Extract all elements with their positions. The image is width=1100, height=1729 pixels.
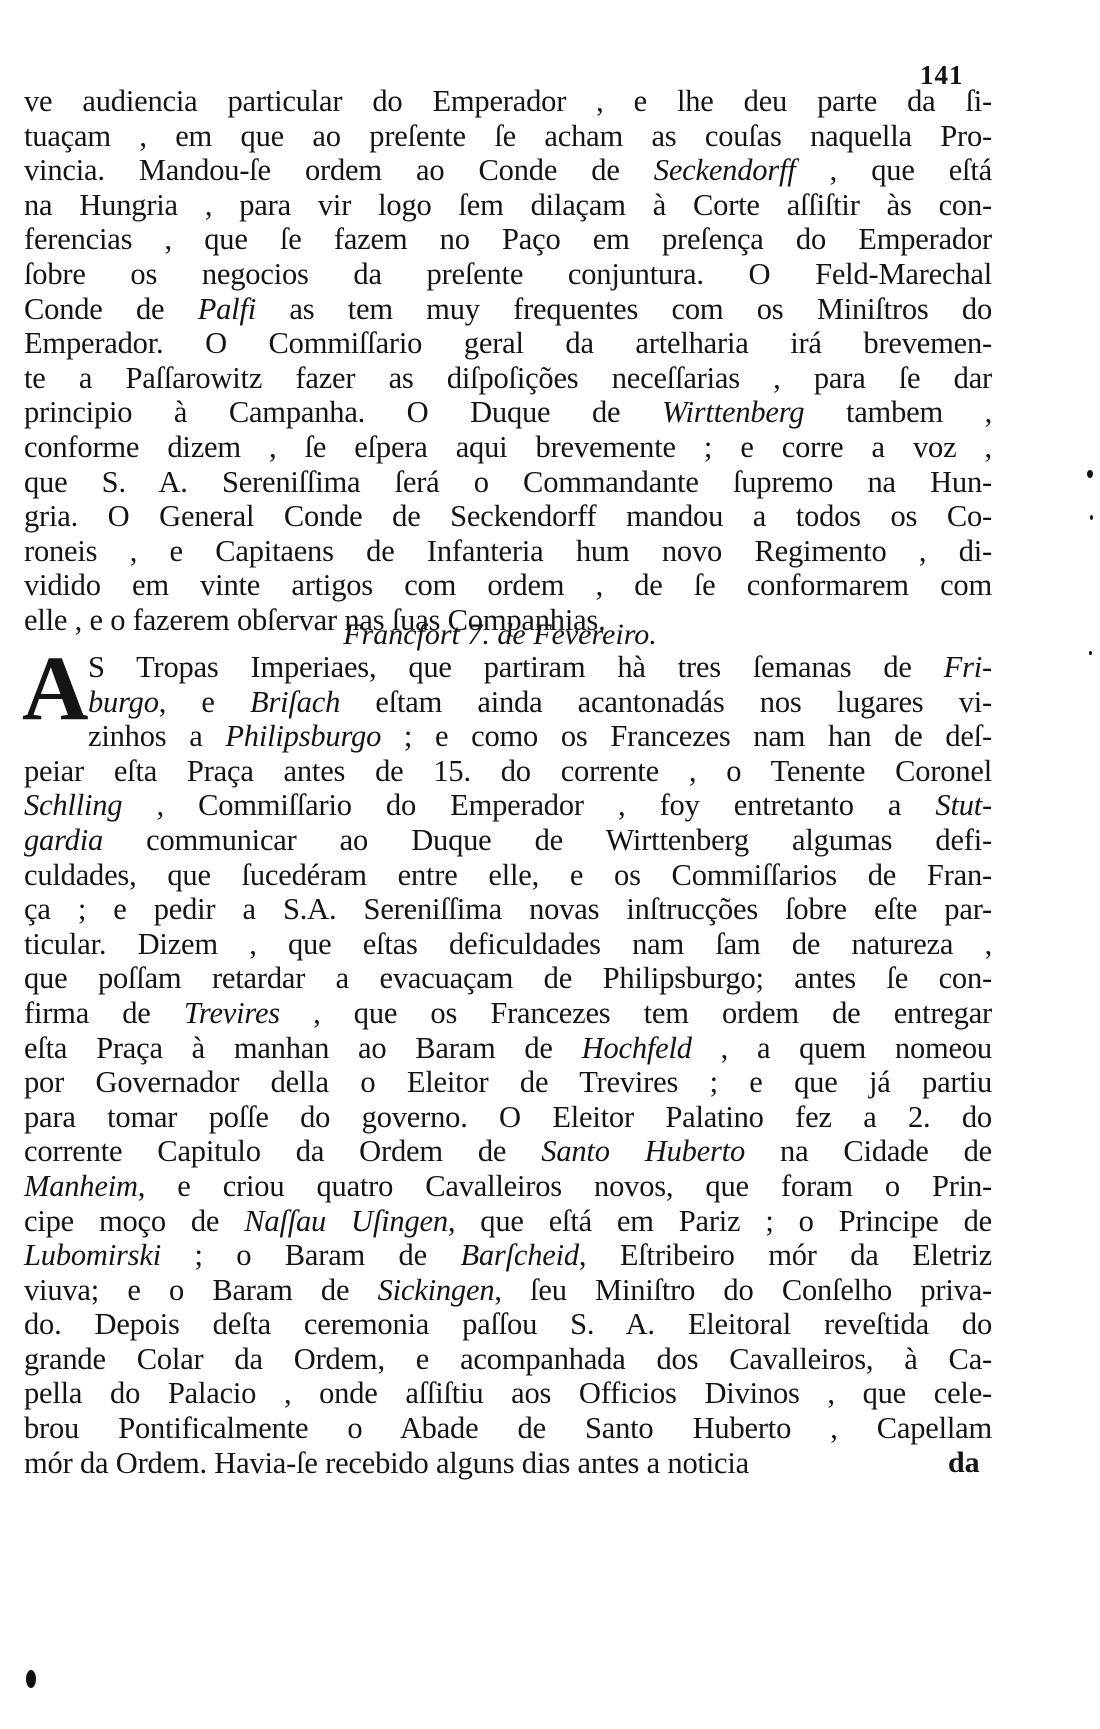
- text-line: vincia. Mandou-ſe ordem ao Conde de Seck…: [24, 153, 992, 188]
- dateline-heading: Francfort 7. de Fevereiro.: [0, 618, 1000, 652]
- text-line: corrente Capitulo da Ordem de Santo Hube…: [24, 1134, 992, 1169]
- italic-proper-noun: Naſſau Uſingen: [244, 1204, 448, 1238]
- text-line: culdades, que ſucedéram entre elle, e os…: [24, 858, 992, 893]
- text-line: conforme dizem , ſe eſpera aqui brevemen…: [24, 430, 992, 465]
- italic-proper-noun: Stut-: [935, 788, 992, 822]
- italic-proper-noun: Wirttenberg: [662, 395, 804, 429]
- text-line: que poſſam retardar a evacuaçam de Phili…: [24, 961, 992, 996]
- text-line: do. Depois deſta ceremonia paſſou S. A. …: [24, 1307, 992, 1342]
- ink-speck: [26, 1670, 36, 1688]
- text-line: zinhos a Philipsburgo ; e como os France…: [24, 719, 992, 754]
- italic-proper-noun: Philipsburgo: [225, 719, 381, 753]
- document-page: 141 ve audiencia particular do Emperador…: [0, 0, 1100, 1729]
- text-line: Schlling , Commiſſario do Emperador , fo…: [24, 788, 992, 823]
- paragraph-francfort-report: S Tropas Imperiaes, que partiram hà tres…: [24, 650, 992, 1480]
- text-line: eſta Praça à manhan ao Baram de Hochfeld…: [24, 1031, 992, 1066]
- text-line: S Tropas Imperiaes, que partiram hà tres…: [24, 650, 992, 685]
- catchword: da: [948, 1446, 980, 1480]
- text-line: que S. A. Sereniſſima ſerá o Commandante…: [24, 465, 992, 500]
- ink-speck: [1089, 651, 1092, 655]
- text-line: ticular. Dizem , que eſtas deficuldades …: [24, 927, 992, 962]
- text-line: ferencias , que ſe fazem no Paço em preſ…: [24, 222, 992, 257]
- text-line: na Hungria , para vir logo ſem dilaçam à…: [24, 188, 992, 223]
- text-line: viuva; e o Baram de Sickingen, ſeu Miniſ…: [24, 1273, 992, 1308]
- text-line: peiar eſta Praça antes de 15. do corrent…: [24, 754, 992, 789]
- paragraph-vienna-report: ve audiencia particular do Emperador , e…: [24, 84, 992, 638]
- text-line: firma de Trevires , que os Francezes tem…: [24, 996, 992, 1031]
- ink-speck: [1090, 515, 1093, 520]
- italic-proper-noun: gardia: [24, 823, 103, 857]
- text-line: ſobre os negocios da preſente conjuntura…: [24, 257, 992, 292]
- italic-proper-noun: burgo: [88, 685, 159, 719]
- text-line: tuaçam , em que ao preſente ſe acham as …: [24, 119, 992, 154]
- text-line: Conde de Palfi as tem muy frequentes com…: [24, 292, 992, 327]
- text-line: pella do Palacio , onde aſſiſtiu aos Off…: [24, 1376, 992, 1411]
- text-line: Emperador. O Commiſſario geral da artelh…: [24, 326, 992, 361]
- text-line: gardia communicar ao Duque de Wirttenber…: [24, 823, 992, 858]
- text-line: Manheim, e criou quatro Cavalleiros novo…: [24, 1169, 992, 1204]
- italic-proper-noun: Fri-: [944, 650, 992, 684]
- italic-proper-noun: Briſach: [250, 685, 340, 719]
- text-line: vidido em vinte artigos com ordem , de ſ…: [24, 568, 992, 603]
- text-line: ça ; e pedir a S.A. Sereniſſima novas in…: [24, 892, 992, 927]
- text-line: Lubomirski ; o Baram de Barſcheid, Eſtri…: [24, 1238, 992, 1273]
- text-line: te a Paſſarowitz fazer as diſpoſições ne…: [24, 361, 992, 396]
- italic-proper-noun: Manheim: [24, 1169, 138, 1203]
- italic-proper-noun: Seckendorff: [654, 153, 796, 187]
- text-line: grande Colar da Ordem, e acompanhada dos…: [24, 1342, 992, 1377]
- text-line: ve audiencia particular do Emperador , e…: [24, 84, 992, 119]
- text-line: brou Pontificalmente o Abade de Santo Hu…: [24, 1411, 992, 1446]
- italic-proper-noun: Lubomirski: [24, 1238, 161, 1272]
- text-line: gria. O General Conde de Seckendorff man…: [24, 499, 992, 534]
- italic-proper-noun: Palfi: [198, 292, 256, 326]
- italic-proper-noun: Trevires: [184, 996, 280, 1030]
- text-line: por Governador della o Eleitor de Trevir…: [24, 1065, 992, 1100]
- italic-proper-noun: Santo Huberto: [541, 1134, 745, 1168]
- italic-proper-noun: Hochfeld: [582, 1031, 692, 1065]
- text-line: principio à Campanha. O Duque de Wirtten…: [24, 395, 992, 430]
- text-line: mór da Ordem. Havia-ſe recebido alguns d…: [24, 1446, 992, 1481]
- text-line: roneis , e Capitaens de Infanteria hum n…: [24, 534, 992, 569]
- italic-proper-noun: Barſcheid: [460, 1238, 578, 1272]
- text-line: burgo, e Briſach eſtam ainda acantonadás…: [24, 685, 992, 720]
- ink-speck: [1087, 470, 1093, 478]
- italic-proper-noun: Schlling: [24, 788, 122, 822]
- text-line: para tomar poſſe do governo. O Eleitor P…: [24, 1100, 992, 1135]
- text-line: cipe moço de Naſſau Uſingen, que eſtá em…: [24, 1204, 992, 1239]
- italic-proper-noun: Sickingen: [378, 1273, 495, 1307]
